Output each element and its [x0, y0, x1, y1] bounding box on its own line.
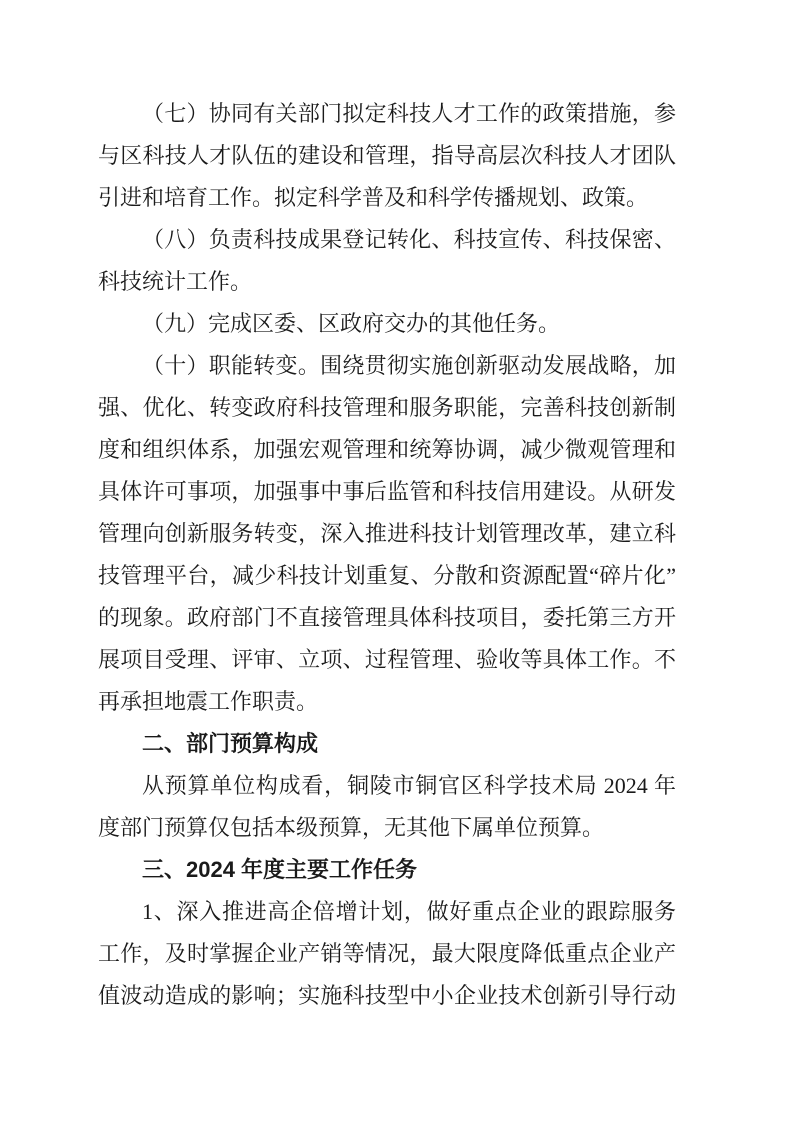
heading-line: 二、部门预算构成	[98, 723, 676, 765]
para-duty-10: （十）职能转变。围绕贯彻实施创新驱动发展战略，加强、优化、转变政府科技管理和服务…	[98, 345, 676, 723]
document-page: （七）协同有关部门拟定科技人才工作的政策措施，参与区科技人才队伍的建设和管理，指…	[0, 0, 793, 1122]
text-line: 与区科技人才队伍的建设和管理，指导高层次科技人才团队	[98, 135, 676, 177]
text-line: （十）职能转变。围绕贯彻实施创新驱动发展战略，加	[98, 345, 676, 387]
text-line: 科技统计工作。	[98, 261, 676, 303]
text-line: 度和组织体系，加强宏观管理和统筹协调，减少微观管理和	[98, 429, 676, 471]
text-line: 值波动造成的影响；实施科技型中小企业技术创新引导行动	[98, 975, 676, 1017]
text-line: 再承担地震工作职责。	[98, 681, 676, 723]
text-line: 具体许可事项，加强事中事后监管和科技信用建设。从研发	[98, 471, 676, 513]
para-task-1: 1、深入推进高企倍增计划，做好重点企业的跟踪服务工作，及时掌握企业产销等情况，最…	[98, 891, 676, 1017]
text-line: 从预算单位构成看，铜陵市铜官区科学技术局 2024 年	[98, 765, 676, 807]
text-line: （七）协同有关部门拟定科技人才工作的政策措施，参	[98, 93, 676, 135]
text-line: 的现象。政府部门不直接管理具体科技项目，委托第三方开	[98, 597, 676, 639]
heading-section-3-main-tasks-2024: 三、2024 年度主要工作任务	[98, 849, 676, 891]
text-line: 引进和培育工作。拟定科学普及和科学传播规划、政策。	[98, 177, 676, 219]
text-line: 技管理平台，减少科技计划重复、分散和资源配置“碎片化”	[98, 555, 676, 597]
text-line: 管理向创新服务转变，深入推进科技计划管理改革，建立科	[98, 513, 676, 555]
text-line: 度部门预算仅包括本级预算，无其他下属单位预算。	[98, 807, 676, 849]
text-line: 强、优化、转变政府科技管理和服务职能，完善科技创新制	[98, 387, 676, 429]
text-line: 工作，及时掌握企业产销等情况，最大限度降低重点企业产	[98, 933, 676, 975]
para-duty-8: （八）负责科技成果登记转化、科技宣传、科技保密、科技统计工作。	[98, 219, 676, 303]
heading-section-2-budget-composition: 二、部门预算构成	[98, 723, 676, 765]
heading-line: 三、2024 年度主要工作任务	[98, 849, 676, 891]
text-line: （九）完成区委、区政府交办的其他任务。	[98, 303, 676, 345]
para-duty-9: （九）完成区委、区政府交办的其他任务。	[98, 303, 676, 345]
para-budget-composition: 从预算单位构成看，铜陵市铜官区科学技术局 2024 年度部门预算仅包括本级预算，…	[98, 765, 676, 849]
text-line: 1、深入推进高企倍增计划，做好重点企业的跟踪服务	[98, 891, 676, 933]
document-content: （七）协同有关部门拟定科技人才工作的政策措施，参与区科技人才队伍的建设和管理，指…	[98, 93, 676, 1017]
para-duty-7: （七）协同有关部门拟定科技人才工作的政策措施，参与区科技人才队伍的建设和管理，指…	[98, 93, 676, 219]
text-line: （八）负责科技成果登记转化、科技宣传、科技保密、	[98, 219, 676, 261]
text-line: 展项目受理、评审、立项、过程管理、验收等具体工作。不	[98, 639, 676, 681]
